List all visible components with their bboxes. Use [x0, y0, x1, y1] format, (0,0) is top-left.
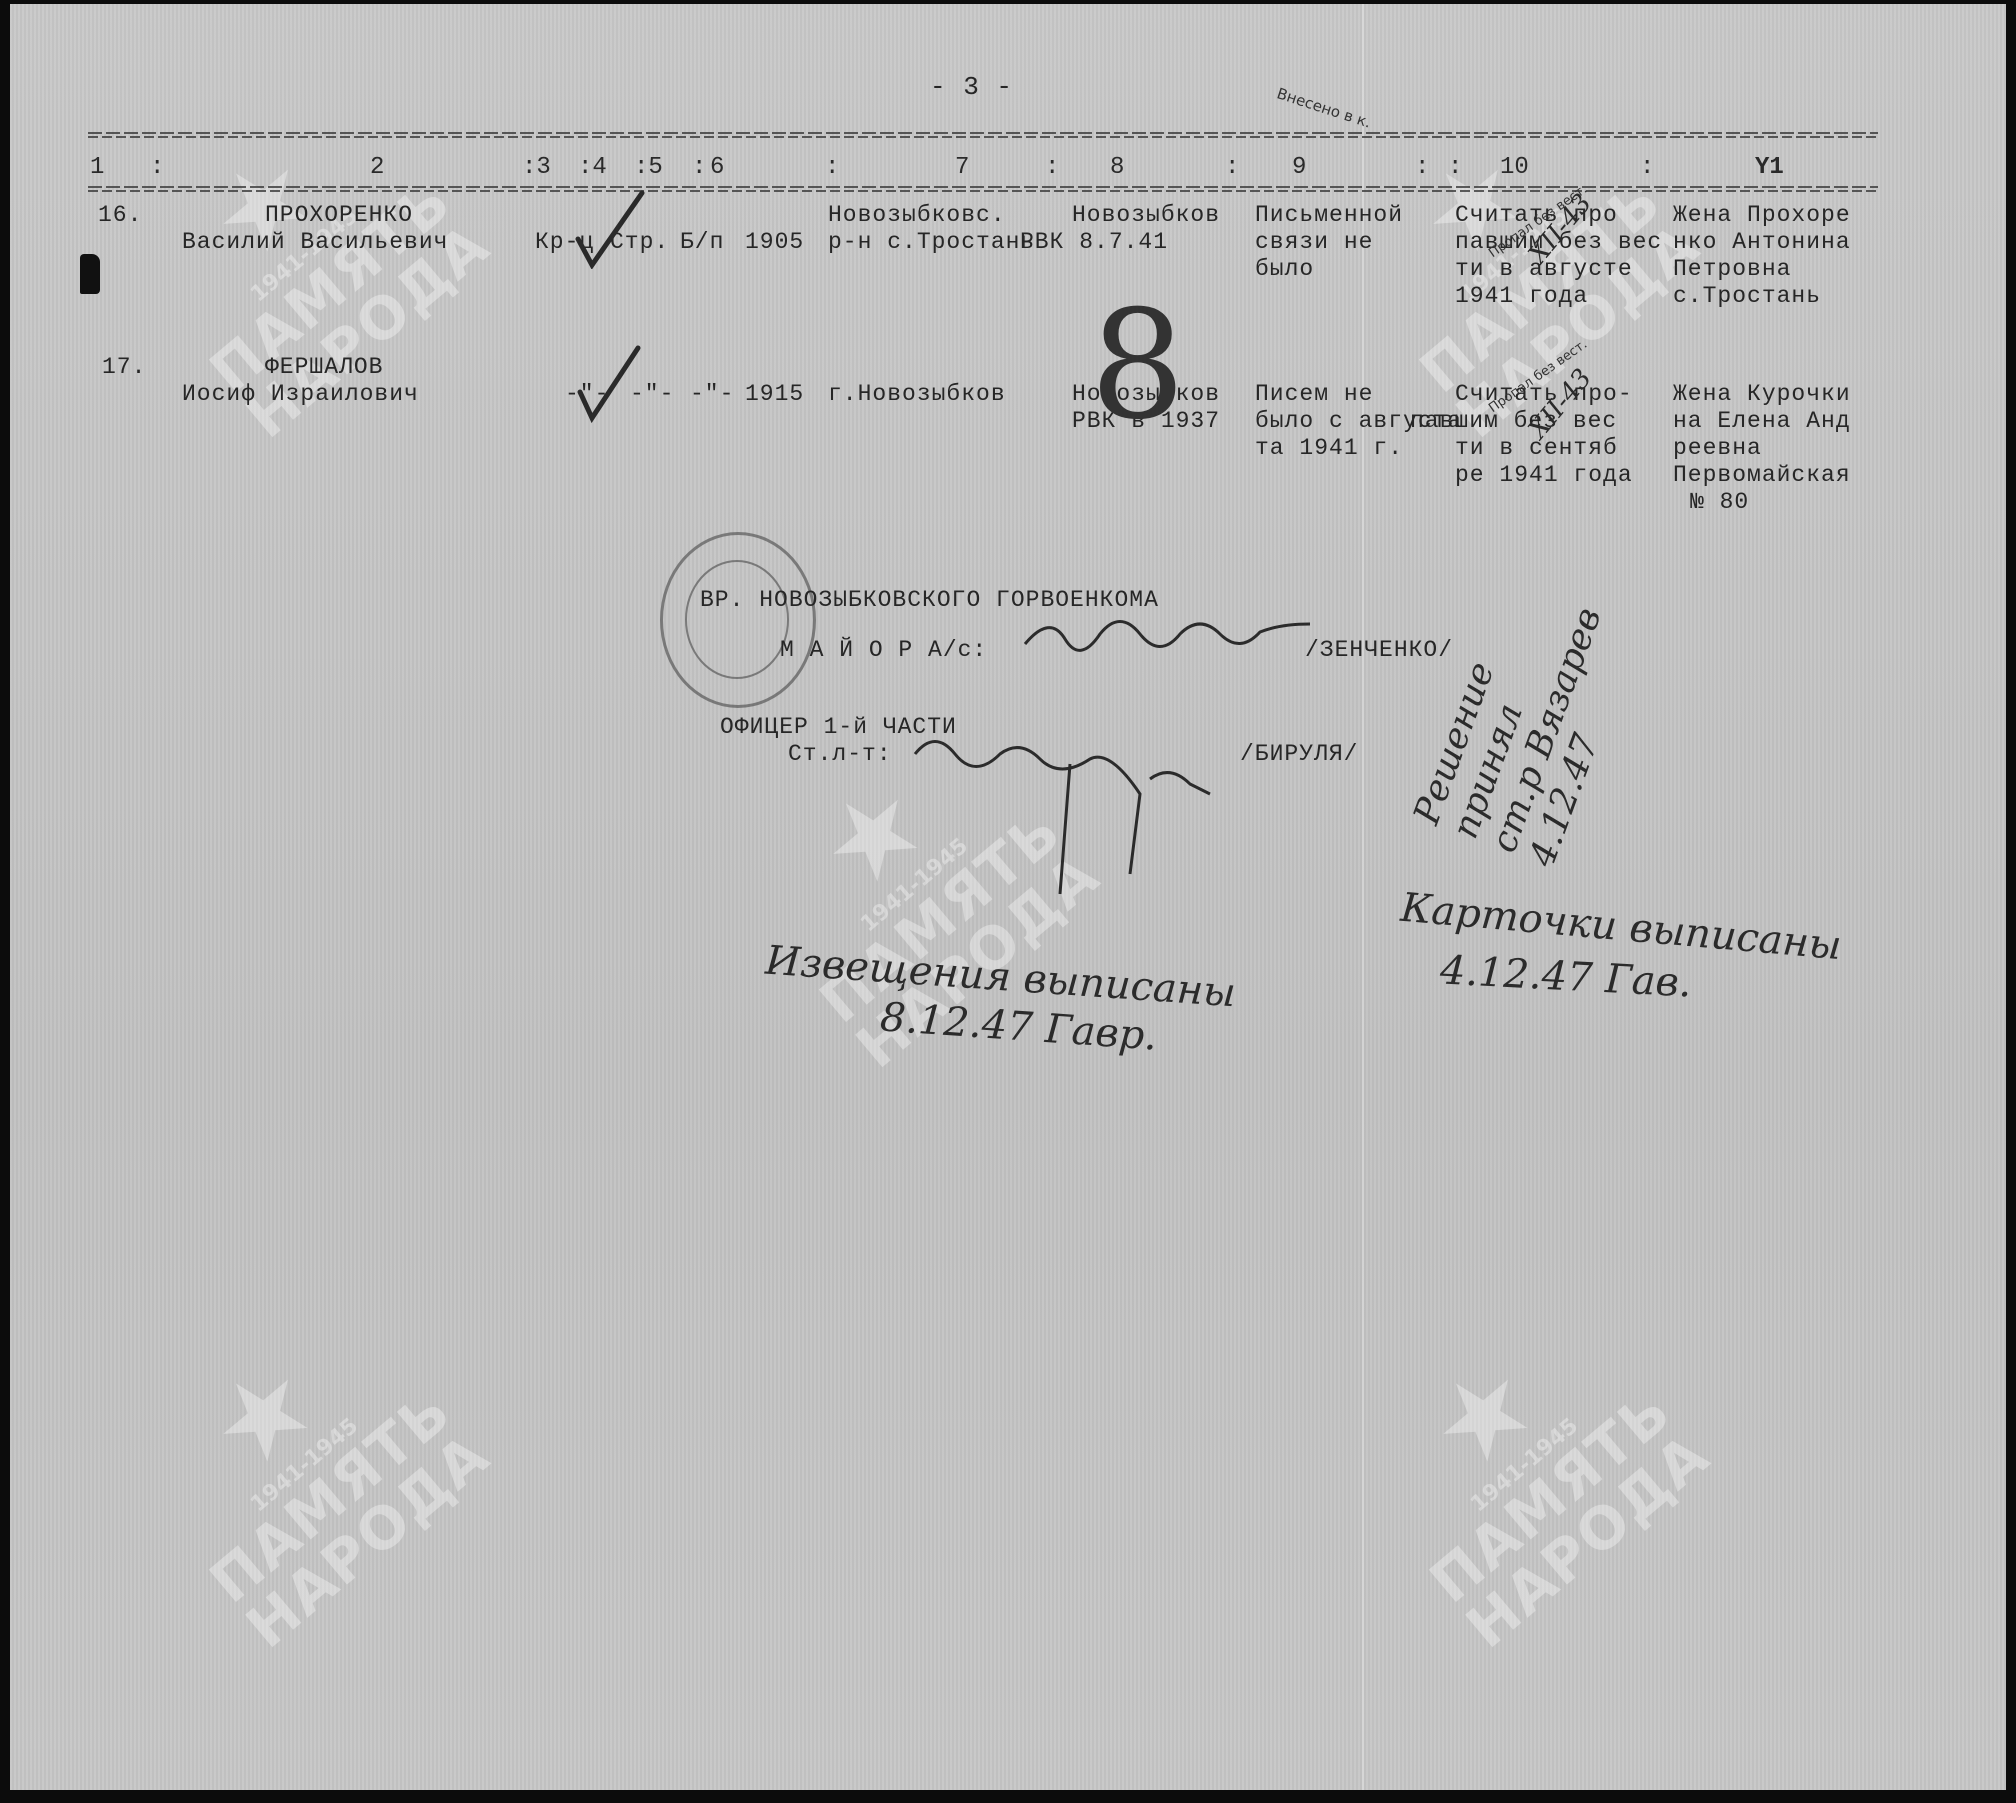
top-stamp: Внесено в к. — [1275, 84, 1374, 131]
status: 1941 года — [1455, 283, 1588, 310]
last-letter: та 1941 г. — [1255, 435, 1403, 462]
signature-rank-label: Ст.л-т: — [788, 741, 892, 768]
given-name: Василий Васильевич — [182, 229, 448, 256]
given-name: Иосиф Израилович — [182, 381, 419, 408]
handwritten-decision-note: Решение принял ст.р Вязарев 4.12.47 — [1406, 574, 1648, 872]
margin-mark: 8 — [1090, 279, 1185, 453]
relative: нко Антонина — [1673, 229, 1851, 256]
header-rule-top — [88, 132, 1878, 138]
checkmark-icon — [570, 344, 650, 424]
last-letter: Письменной — [1255, 202, 1403, 229]
relative: реевна — [1673, 435, 1762, 462]
party: -"- — [690, 381, 734, 408]
signature-scribble — [1020, 604, 1320, 664]
birthplace: Новозыбковс. — [828, 202, 1006, 229]
relative: с.Тростань — [1673, 283, 1821, 310]
surname: ПРОХОРЕНКО — [265, 202, 413, 229]
status: ти в сентяб — [1455, 435, 1618, 462]
signature-scribble — [910, 724, 1230, 904]
last-letter: Писем не — [1255, 381, 1373, 408]
relative: № 80 — [1690, 489, 1749, 516]
last-letter: было — [1255, 256, 1314, 283]
party: Б/п — [680, 229, 724, 256]
watermark: ★ 1941-1945 ПАМЯТЬ НАРОДА — [1335, 1279, 1719, 1658]
relative: Жена Курочки — [1673, 381, 1851, 408]
document-page: ★ 1941-1945 ПАМЯТЬ НАРОДА ★ 1941-1945 ПА… — [10, 4, 2006, 1790]
surname: ФЕРШАЛОВ — [265, 354, 383, 381]
seal-inner-ring — [685, 560, 789, 679]
checkmark-icon — [570, 189, 650, 269]
official-seal — [660, 532, 816, 708]
signature-name: /ЗЕНЧЕНКО/ — [1305, 637, 1453, 664]
relative: на Елена Анд — [1673, 408, 1851, 435]
birthplace: г.Новозыбков — [828, 381, 1006, 408]
header-rule-bottom — [88, 186, 1878, 192]
called-by: Новозыбков — [1072, 202, 1220, 229]
signature-name: /БИРУЛЯ/ — [1240, 741, 1358, 768]
birth-year: 1905 — [745, 229, 804, 256]
last-letter: связи не — [1255, 229, 1373, 256]
signature-rank-label: М А Й О Р А/с: — [780, 637, 987, 664]
status: ре 1941 года — [1455, 462, 1633, 489]
called-by: РВК 8.7.41 — [1020, 229, 1168, 256]
watermark: ★ 1941-1945 ПАМЯТЬ НАРОДА — [115, 1279, 499, 1658]
row-number: 17. — [102, 354, 146, 381]
status: павшим без вес — [1410, 408, 1617, 435]
relative: Петровна — [1673, 256, 1791, 283]
relative: Первомайская — [1673, 462, 1851, 489]
row-number: 16. — [98, 202, 142, 229]
handwritten-note: 4.12.47 Гав. — [1439, 947, 1693, 1006]
page-number: - 3 - — [930, 74, 1013, 101]
birthplace: р-н с.Тростань — [828, 229, 1035, 256]
birth-year: 1915 — [745, 381, 804, 408]
ink-blot — [80, 254, 100, 294]
relative: Жена Прохоре — [1673, 202, 1851, 229]
